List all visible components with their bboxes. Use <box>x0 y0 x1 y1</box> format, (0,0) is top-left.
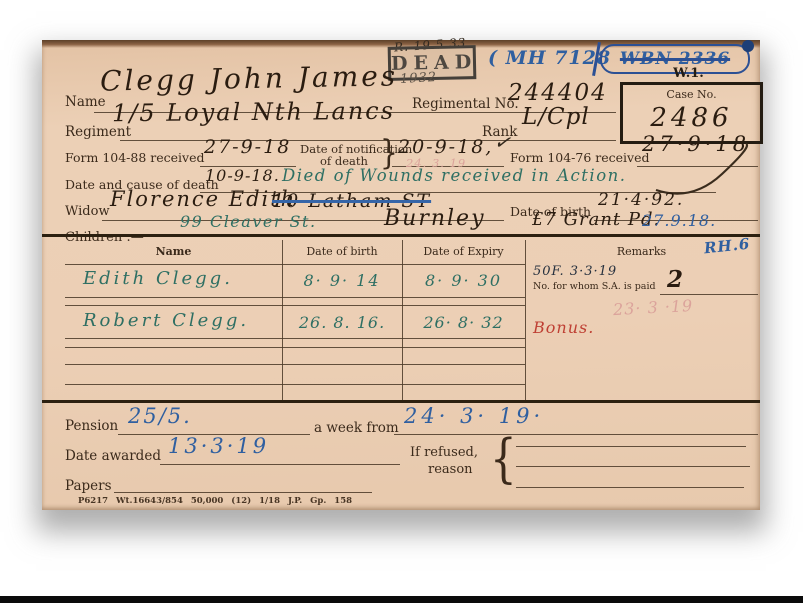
grant-paid-date: 27.9.18. <box>642 211 716 230</box>
table-header-name: Name <box>65 245 282 258</box>
if-refused-label-line1: If refused, <box>410 445 478 460</box>
mh-reference: ( MH 7128 <box>488 47 611 69</box>
widow-name-value: Florence Edith <box>110 187 296 211</box>
date-awarded-label: Date awarded <box>65 448 161 464</box>
death-cause-value: Died of Wounds received in Action. <box>282 166 627 185</box>
ruled-line <box>114 492 372 493</box>
ruled-line <box>516 446 746 447</box>
remark-sa-paid-value: 2 <box>667 266 684 293</box>
page-background: R. 19.5.33 DEAD 1932 ( MH 7128 WBN 2336 … <box>0 0 803 603</box>
remark-printed-label: No. for whom S.A. is paid <box>533 281 656 292</box>
remark-note: 50F. 3·3·19 <box>533 264 617 279</box>
regiment-value: 1/5 Loyal Nth Lancs <box>112 97 395 127</box>
case-no-label: Case No. <box>623 88 760 101</box>
faint-date-note: 23· 3 ·19 <box>613 296 694 319</box>
bottom-black-bar <box>0 596 803 603</box>
table-header-dob: Date of birth <box>282 245 402 258</box>
regimental-no-label: Regimental No. <box>412 96 519 112</box>
ruled-line <box>65 364 525 365</box>
grant-paid-value: £7 Grant Pd. <box>532 209 660 230</box>
form-104-88-label: Form 104-88 received <box>65 150 205 165</box>
dead-stamp-year: 1932 <box>400 70 438 87</box>
section-rule <box>42 400 760 403</box>
ruled-line <box>65 264 525 265</box>
form-104-76-label: Form 104-76 received <box>510 150 650 165</box>
children-town-value: Burnley <box>384 206 486 231</box>
date-of-birth-value: 21·4·92. <box>598 190 684 210</box>
ruled-line <box>65 305 525 306</box>
table-header-remarks: Remarks <box>525 245 758 258</box>
table-row-child-name: Robert Clegg. <box>83 310 249 331</box>
regimental-no-value: 244404 <box>508 80 608 106</box>
papers-label: Papers <box>65 478 112 494</box>
notification-date-value: 20-9-18, <box>398 136 493 158</box>
ruled-line <box>65 297 525 298</box>
remark-bonus: Bonus. <box>533 318 594 337</box>
ruled-line <box>516 466 750 467</box>
week-from-value: 24· 3· 19· <box>404 404 544 428</box>
pension-label: Pension <box>65 418 118 434</box>
ruled-line <box>65 338 525 339</box>
rank-value: L/Cpl <box>522 104 590 130</box>
imprint-text: P6217 Wt.16643/854 50,000 (12) 1/18 J.P.… <box>78 496 352 506</box>
pension-amount-value: 25/5. <box>128 404 192 428</box>
ink-dot <box>742 40 754 52</box>
table-row-child-name: Edith Clegg. <box>83 268 233 289</box>
ruled-line <box>516 487 744 488</box>
w1-label: W.1. <box>620 66 757 81</box>
table-divider <box>525 240 526 400</box>
ruled-line <box>660 294 758 295</box>
name-value: Clegg John James <box>100 59 399 97</box>
refused-brace: { <box>490 428 517 489</box>
form-104-88-value: 27-9-18 <box>204 136 291 158</box>
death-date-value: 10-9-18. <box>205 166 280 185</box>
table-row-child-dob: 8· 9· 14 <box>282 271 402 290</box>
ruled-line <box>65 384 525 385</box>
ruled-line <box>160 464 400 465</box>
ruled-line <box>394 434 758 435</box>
date-awarded-value: 13·3·19 <box>168 434 269 458</box>
widow-label: Widow <box>65 204 110 219</box>
ruled-line <box>65 347 525 348</box>
table-row-child-expiry: 26· 8· 32 <box>402 313 525 332</box>
if-refused-label-line2: reason <box>428 462 473 477</box>
table-row-child-expiry: 8· 9· 30 <box>402 271 525 290</box>
table-header-expiry: Date of Expiry <box>402 245 525 258</box>
children-address-value: 99 Cleaver St. <box>180 212 317 231</box>
week-from-label: a week from <box>314 420 399 436</box>
record-card: R. 19.5.33 DEAD 1932 ( MH 7128 WBN 2336 … <box>42 40 760 510</box>
table-row-child-dob: 26. 8. 16. <box>282 313 402 332</box>
case-no-value: 2486 <box>623 103 760 133</box>
section-rule <box>42 234 760 237</box>
children-table: Name Date of birth Date of Expiry Remark… <box>65 240 758 400</box>
